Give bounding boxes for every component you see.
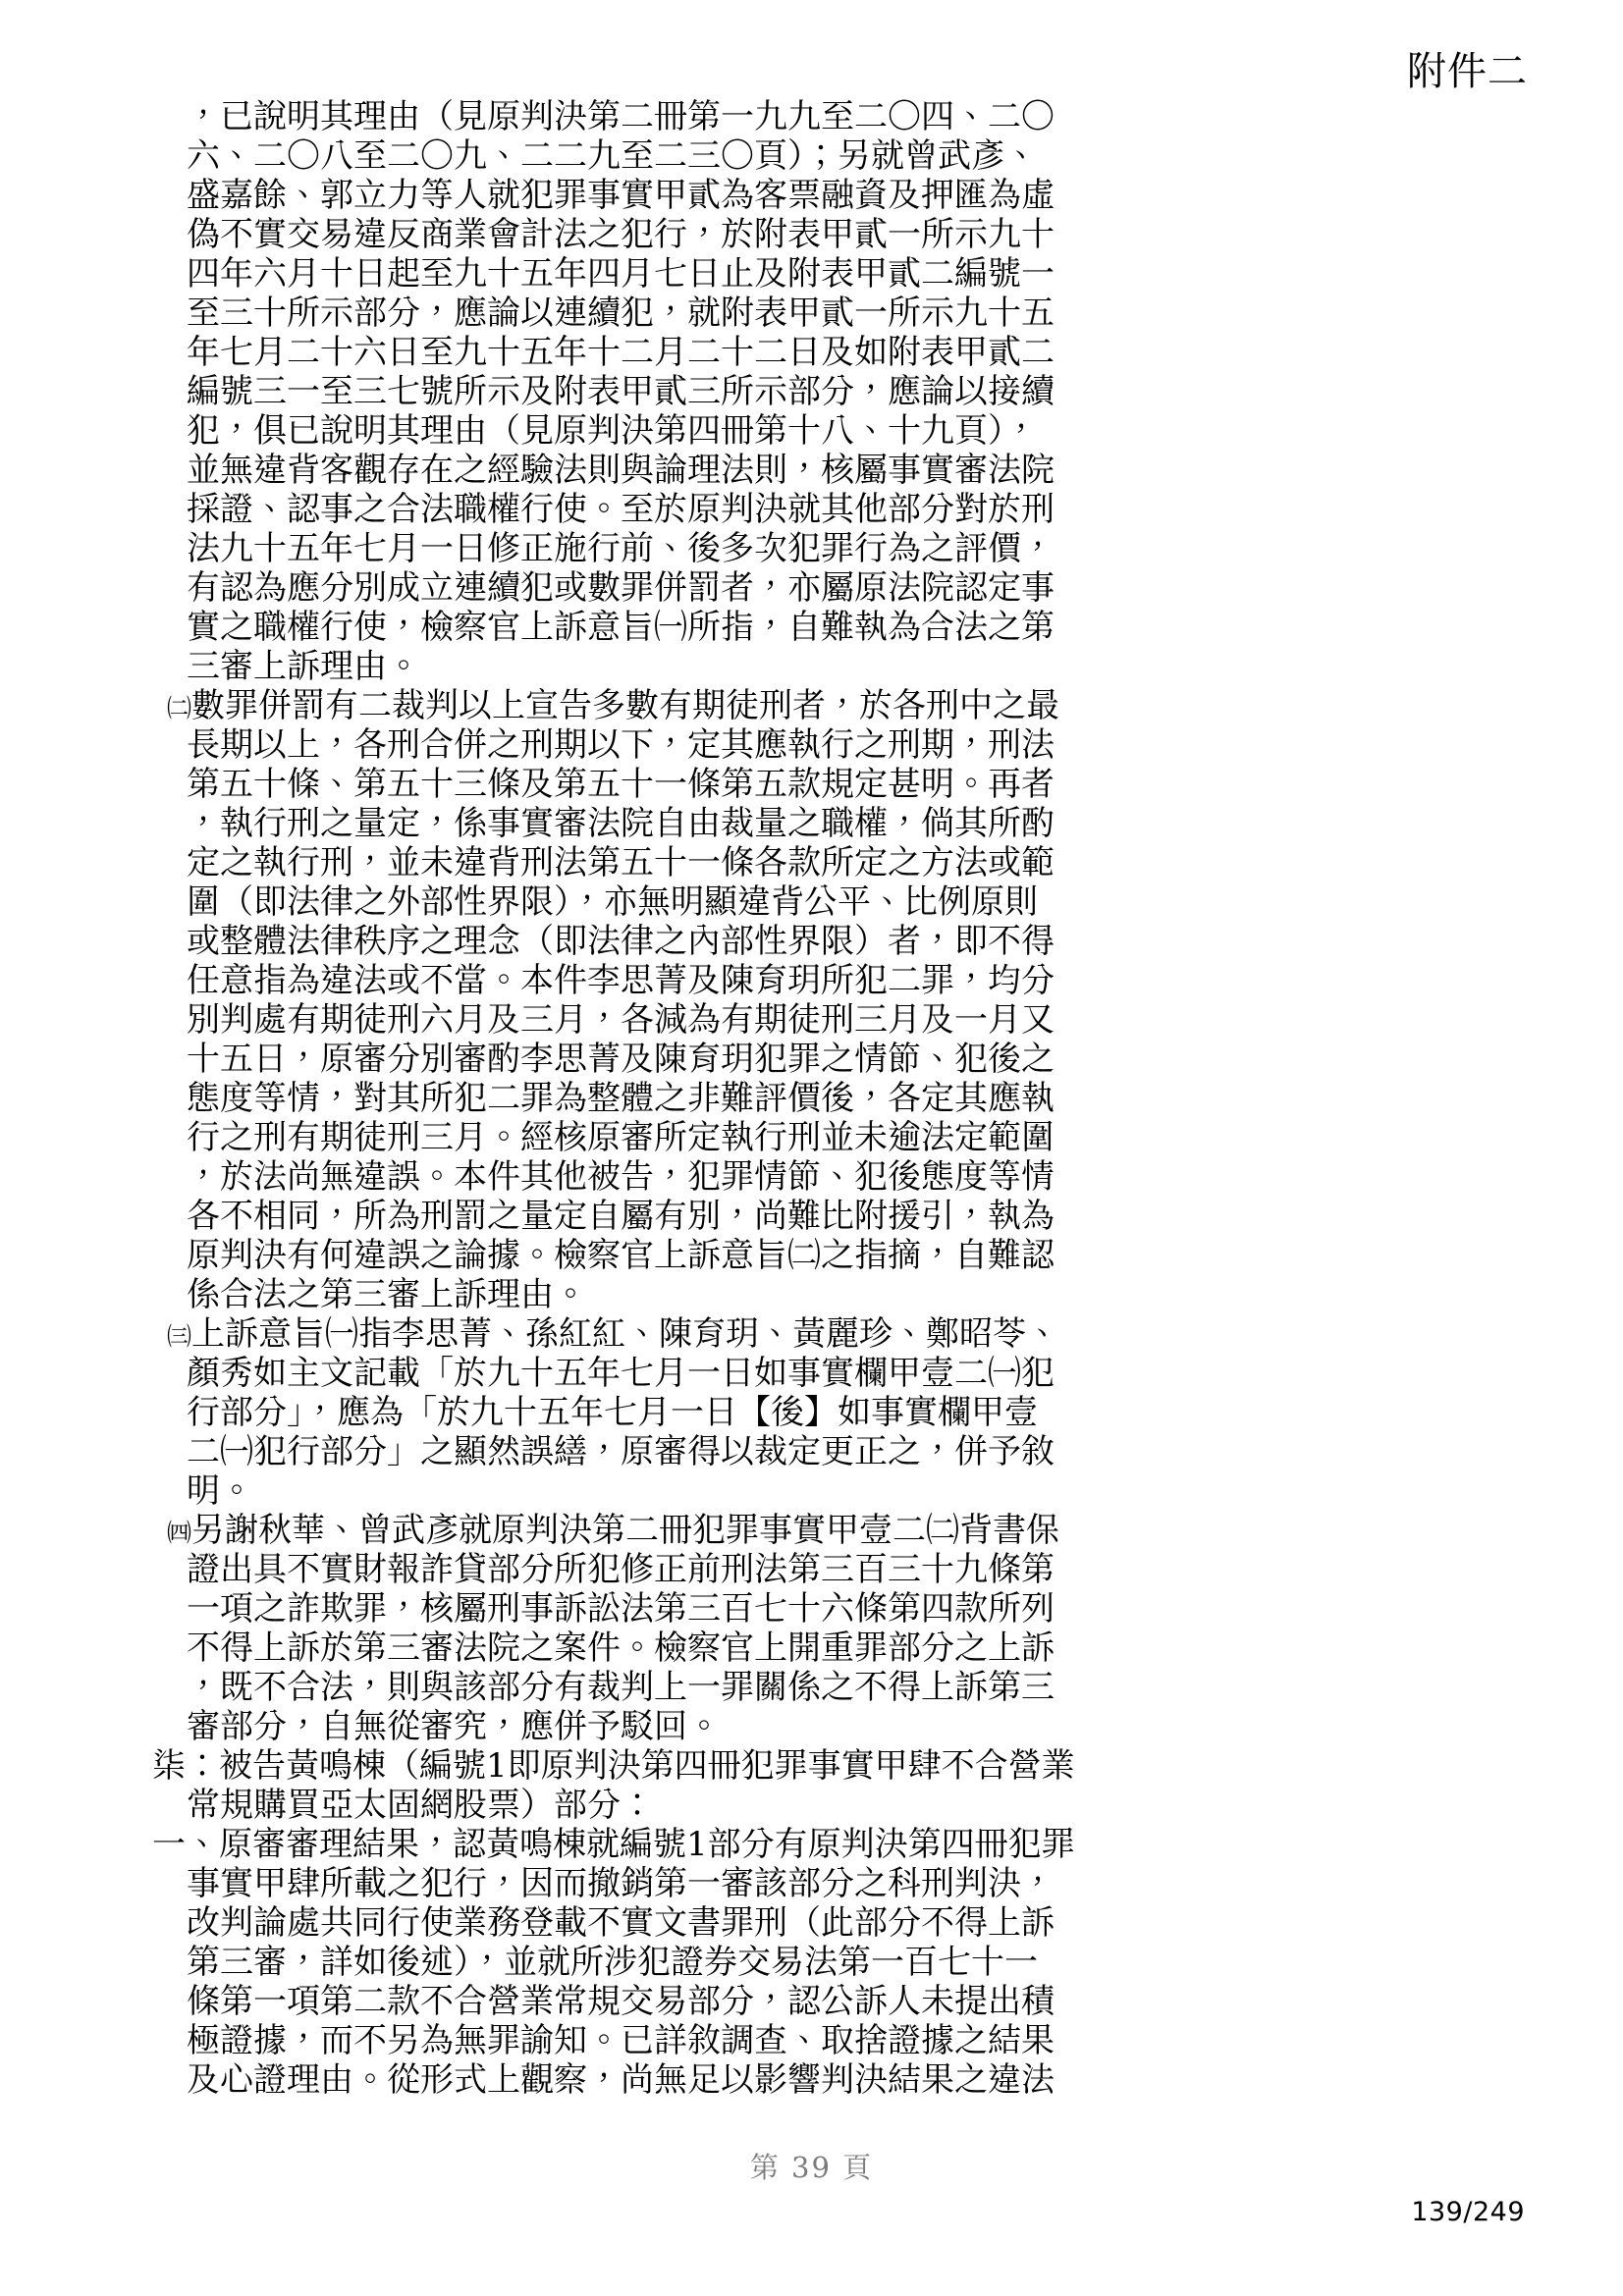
text-line: 長期以上，各刑合併之刑期以下，定其應執行之刑期，刑法: [187, 725, 1330, 765]
pdf-page-indicator: 139/249: [1411, 2197, 1525, 2227]
line-text: ，執行刑之量定，係事實審法院自由裁量之職權，倘其所酌: [187, 804, 1055, 843]
text-line: 明。: [187, 1471, 1330, 1511]
line-text: 被告黃鳴棟（編號1即原判決第四冊犯罪事實甲肆不合營業: [219, 1746, 1075, 1786]
text-line: 實之職權行使，檢察官上訴意旨㈠所指，自難執為合法之第: [187, 608, 1330, 647]
line-text: 各不相同，所為刑罰之量定自屬有別，尚難比附援引，執為: [187, 1197, 1055, 1236]
line-text: 犯，俱已說明其理由（見原判決第四冊第十八、十九頁），: [187, 411, 1038, 451]
page-number-footer: 第 39 頁: [0, 2146, 1623, 2186]
line-text: 採證、認事之合法職權行使。至於原判決就其他部分對於刑: [187, 490, 1055, 529]
text-line: ㈡數罪併罰有二裁判以上宣告多數有期徒刑者，於各刑中之最: [167, 686, 1330, 725]
line-text: 年七月二十六日至九十五年十二月二十二日及如附表甲貳二: [187, 333, 1055, 372]
line-text: 另謝秋華、曾武彥就原判決第二冊犯罪事實甲壹二㈡背書保: [191, 1511, 1059, 1550]
paragraph: ㈡數罪併罰有二裁判以上宣告多數有期徒刑者，於各刑中之最長期以上，各刑合併之刑期以…: [152, 686, 1330, 1314]
line-text: 原判決有何違誤之論據。檢察官上訴意旨㈡之指摘，自難認: [187, 1236, 1055, 1275]
text-line: 圍（即法律之外部性界限），亦無明顯違背公平、比例原則: [187, 882, 1330, 922]
text-line: 別判處有期徒刑六月及三月，各減為有期徒刑三月及一月又: [187, 1000, 1330, 1040]
paragraph-marker: ㈣: [167, 1514, 191, 1553]
line-text: 上訴意旨㈠指李思菁、孫紅紅、陳育玥、黃麗珍、鄭昭苓、: [191, 1314, 1059, 1354]
line-text: 原審審理結果，認黃鳴棟就編號1部分有原判決第四冊犯罪: [219, 1825, 1075, 1864]
line-text: 一項之詐欺罪，核屬刑事訴訟法第三百七十六條第四款所列: [187, 1589, 1055, 1629]
line-text: 數罪併罰有二裁判以上宣告多數有期徒刑者，於各刑中之最: [191, 686, 1059, 725]
text-line: 偽不實交易違反商業會計法之犯行，於附表甲貳一所示九十: [187, 215, 1330, 254]
line-text: 證出具不實財報詐貸部分所犯修正前刑法第三百三十九條第: [187, 1550, 1055, 1589]
line-text: ，於法尚無違誤。本件其他被告，犯罪情節、犯後態度等情: [187, 1157, 1055, 1197]
text-line: 年七月二十六日至九十五年十二月二十二日及如附表甲貳二: [187, 333, 1330, 372]
line-text: 態度等情，對其所犯二罪為整體之非難評價後，各定其應執: [187, 1079, 1055, 1118]
text-line: 常規購買亞太固網股票）部分：: [187, 1786, 1330, 1825]
text-line: 編號三一至三七號所示及附表甲貳三所示部分，應論以接續: [187, 372, 1330, 411]
text-line: 犯，俱已說明其理由（見原判決第四冊第十八、十九頁），: [187, 411, 1330, 451]
text-line: 並無違背客觀存在之經驗法則與論理法則，核屬事實審法院: [187, 451, 1330, 490]
line-text: 法九十五年七月一日修正施行前、後多次犯罪行為之評價，: [187, 529, 1055, 568]
line-text: 任意指為違法或不當。本件李思菁及陳育玥所犯二罪，均分: [187, 961, 1055, 1000]
text-line: 證出具不實財報詐貸部分所犯修正前刑法第三百三十九條第: [187, 1550, 1330, 1589]
line-text: 三審上訴理由。: [187, 647, 420, 686]
text-line: 各不相同，所為刑罰之量定自屬有別，尚難比附援引，執為: [187, 1197, 1330, 1236]
text-line: 態度等情，對其所犯二罪為整體之非難評價後，各定其應執: [187, 1079, 1330, 1118]
line-text: 長期以上，各刑合併之刑期以下，定其應執行之刑期，刑法: [187, 725, 1055, 765]
line-text: 或整體法律秩序之理念（即法律之內部性界限）者，即不得: [187, 922, 1055, 961]
paragraph: ，已說明其理由（見原判決第二冊第一九九至二〇四、二〇六、二〇八至二〇九、二二九至…: [152, 97, 1330, 686]
line-text: 有認為應分別成立連續犯或數罪併罰者，亦屬原法院認定事: [187, 568, 1055, 608]
line-text: ，既不合法，則與該部分有裁判上一罪關係之不得上訴第三: [187, 1668, 1055, 1707]
line-text: 條第一項第二款不合營業常規交易部分，認公訴人未提出積: [187, 1982, 1055, 2021]
document-page: 附件二 ，已說明其理由（見原判決第二冊第一九九至二〇四、二〇六、二〇八至二〇九、…: [0, 0, 1623, 2296]
line-text: 不得上訴於第三審法院之案件。檢察官上開重罪部分之上訴: [187, 1629, 1055, 1668]
text-line: 係合法之第三審上訴理由。: [187, 1275, 1330, 1314]
text-line: 行部分」，應為「於九十五年七月一日【後】如事實欄甲壹: [187, 1393, 1330, 1432]
line-text: 顏秀如主文記載「於九十五年七月一日如事實欄甲壹二㈠犯: [187, 1354, 1055, 1393]
line-text: 盛嘉餘、郭立力等人就犯罪事實甲貳為客票融資及押匯為虛: [187, 176, 1055, 215]
text-line: ，執行刑之量定，係事實審法院自由裁量之職權，倘其所酌: [187, 804, 1330, 843]
text-line: ㈣另謝秋華、曾武彥就原判決第二冊犯罪事實甲壹二㈡背書保: [167, 1511, 1330, 1550]
paragraph-marker: ㈡: [167, 689, 191, 728]
text-line: 一、原審審理結果，認黃鳴棟就編號1部分有原判決第四冊犯罪: [152, 1825, 1330, 1864]
line-text: 常規購買亞太固網股票）部分：: [187, 1786, 654, 1825]
line-text: 四年六月十日起至九十五年四月七日止及附表甲貳二編號一: [187, 254, 1055, 294]
text-line: 二㈠犯行部分」之顯然誤繕，原審得以裁定更正之，併予敘: [187, 1432, 1330, 1471]
line-text: 第五十條、第五十三條及第五十一條第五款規定甚明。再者: [187, 765, 1055, 804]
line-text: 及心證理由。從形式上觀察，尚無足以影響判決結果之違法: [187, 2060, 1055, 2100]
text-line: 事實甲肆所載之犯行，因而撤銷第一審該部分之科刑判決，: [187, 1864, 1330, 1903]
text-line: 一項之詐欺罪，核屬刑事訴訟法第三百七十六條第四款所列: [187, 1589, 1330, 1629]
text-line: 盛嘉餘、郭立力等人就犯罪事實甲貳為客票融資及押匯為虛: [187, 176, 1330, 215]
text-line: ㈢上訴意旨㈠指李思菁、孫紅紅、陳育玥、黃麗珍、鄭昭苓、: [167, 1314, 1330, 1354]
text-line: 不得上訴於第三審法院之案件。檢察官上開重罪部分之上訴: [187, 1629, 1330, 1668]
paragraph-marker: 一、: [152, 1825, 219, 1864]
text-line: ，已說明其理由（見原判決第二冊第一九九至二〇四、二〇: [187, 97, 1330, 136]
line-text: 行之刑有期徒刑三月。經核原審所定執行刑並未逾法定範圍: [187, 1118, 1055, 1157]
line-text: 明。: [187, 1471, 253, 1511]
text-line: ，既不合法，則與該部分有裁判上一罪關係之不得上訴第三: [187, 1668, 1330, 1707]
text-line: 四年六月十日起至九十五年四月七日止及附表甲貳二編號一: [187, 254, 1330, 294]
text-line: 條第一項第二款不合營業常規交易部分，認公訴人未提出積: [187, 1982, 1330, 2021]
text-line: 任意指為違法或不當。本件李思菁及陳育玥所犯二罪，均分: [187, 961, 1330, 1000]
text-line: 或整體法律秩序之理念（即法律之內部性界限）者，即不得: [187, 922, 1330, 961]
text-line: 原判決有何違誤之論據。檢察官上訴意旨㈡之指摘，自難認: [187, 1236, 1330, 1275]
text-line: 第五十條、第五十三條及第五十一條第五款規定甚明。再者: [187, 765, 1330, 804]
line-text: ，已說明其理由（見原判決第二冊第一九九至二〇四、二〇: [187, 97, 1055, 136]
line-text: 實之職權行使，檢察官上訴意旨㈠所指，自難執為合法之第: [187, 608, 1055, 647]
line-text: 偽不實交易違反商業會計法之犯行，於附表甲貳一所示九十: [187, 215, 1055, 254]
paragraph: ㈣另謝秋華、曾武彥就原判決第二冊犯罪事實甲壹二㈡背書保證出具不實財報詐貸部分所犯…: [152, 1511, 1330, 1746]
text-line: 改判論處共同行使業務登載不實文書罪刑（此部分不得上訴: [187, 1903, 1330, 1943]
text-line: 採證、認事之合法職權行使。至於原判決就其他部分對於刑: [187, 490, 1330, 529]
line-text: 別判處有期徒刑六月及三月，各減為有期徒刑三月及一月又: [187, 1000, 1055, 1040]
text-line: 六、二〇八至二〇九、二二九至二三〇頁）；另就曾武彥、: [187, 136, 1330, 176]
text-line: 第三審，詳如後述），並就所涉犯證券交易法第一百七十一: [187, 1943, 1330, 1982]
text-line: 至三十所示部分，應論以連續犯，就附表甲貳一所示九十五: [187, 294, 1330, 333]
line-text: 編號三一至三七號所示及附表甲貳三所示部分，應論以接續: [187, 372, 1055, 411]
paragraph-marker: ㈢: [167, 1317, 191, 1357]
text-line: 顏秀如主文記載「於九十五年七月一日如事實欄甲壹二㈠犯: [187, 1354, 1330, 1393]
document-body: ，已說明其理由（見原判決第二冊第一九九至二〇四、二〇六、二〇八至二〇九、二二九至…: [152, 97, 1330, 2100]
line-text: 十五日，原審分別審酌李思菁及陳育玥犯罪之情節、犯後之: [187, 1040, 1055, 1079]
text-line: 法九十五年七月一日修正施行前、後多次犯罪行為之評價，: [187, 529, 1330, 568]
text-line: 柒：被告黃鳴棟（編號1即原判決第四冊犯罪事實甲肆不合營業: [152, 1746, 1330, 1786]
paragraph: ㈢上訴意旨㈠指李思菁、孫紅紅、陳育玥、黃麗珍、鄭昭苓、顏秀如主文記載「於九十五年…: [152, 1314, 1330, 1511]
line-text: 圍（即法律之外部性界限），亦無明顯違背公平、比例原則: [187, 882, 1038, 922]
text-line: 十五日，原審分別審酌李思菁及陳育玥犯罪之情節、犯後之: [187, 1040, 1330, 1079]
text-line: 三審上訴理由。: [187, 647, 1330, 686]
text-line: ，於法尚無違誤。本件其他被告，犯罪情節、犯後態度等情: [187, 1157, 1330, 1197]
line-text: 極證據，而不另為無罪諭知。已詳敘調查、取捨證據之結果: [187, 2021, 1055, 2060]
attachment-label: 附件二: [1407, 49, 1528, 94]
text-line: 極證據，而不另為無罪諭知。已詳敘調查、取捨證據之結果: [187, 2021, 1330, 2060]
paragraph: 柒：被告黃鳴棟（編號1即原判決第四冊犯罪事實甲肆不合營業常規購買亞太固網股票）部…: [152, 1746, 1330, 1825]
line-text: 改判論處共同行使業務登載不實文書罪刑（此部分不得上訴: [187, 1903, 1055, 1943]
line-text: 行部分」，應為「於九十五年七月一日【後】如事實欄甲壹: [187, 1393, 1038, 1432]
line-text: 至三十所示部分，應論以連續犯，就附表甲貳一所示九十五: [187, 294, 1055, 333]
text-line: 審部分，自無從審究，應併予駁回。: [187, 1707, 1330, 1746]
text-line: 有認為應分別成立連續犯或數罪併罰者，亦屬原法院認定事: [187, 568, 1330, 608]
line-text: 第三審，詳如後述），並就所涉犯證券交易法第一百七十一: [187, 1943, 1038, 1982]
line-text: 事實甲肆所載之犯行，因而撤銷第一審該部分之科刑判決，: [187, 1864, 1055, 1903]
paragraph-marker: 柒：: [152, 1746, 219, 1786]
paragraph: 一、原審審理結果，認黃鳴棟就編號1部分有原判決第四冊犯罪事實甲肆所載之犯行，因而…: [152, 1825, 1330, 2100]
line-text: 六、二〇八至二〇九、二二九至二三〇頁）；另就曾武彥、: [187, 136, 1038, 176]
line-text: 定之執行刑，並未違背刑法第五十一條各款所定之方法或範: [187, 843, 1055, 882]
text-line: 定之執行刑，並未違背刑法第五十一條各款所定之方法或範: [187, 843, 1330, 882]
line-text: 審部分，自無從審究，應併予駁回。: [187, 1707, 721, 1746]
line-text: 係合法之第三審上訴理由。: [187, 1275, 587, 1314]
line-text: 二㈠犯行部分」之顯然誤繕，原審得以裁定更正之，併予敘: [187, 1432, 1055, 1471]
line-text: 並無違背客觀存在之經驗法則與論理法則，核屬事實審法院: [187, 451, 1055, 490]
text-line: 行之刑有期徒刑三月。經核原審所定執行刑並未逾法定範圍: [187, 1118, 1330, 1157]
text-line: 及心證理由。從形式上觀察，尚無足以影響判決結果之違法: [187, 2060, 1330, 2100]
